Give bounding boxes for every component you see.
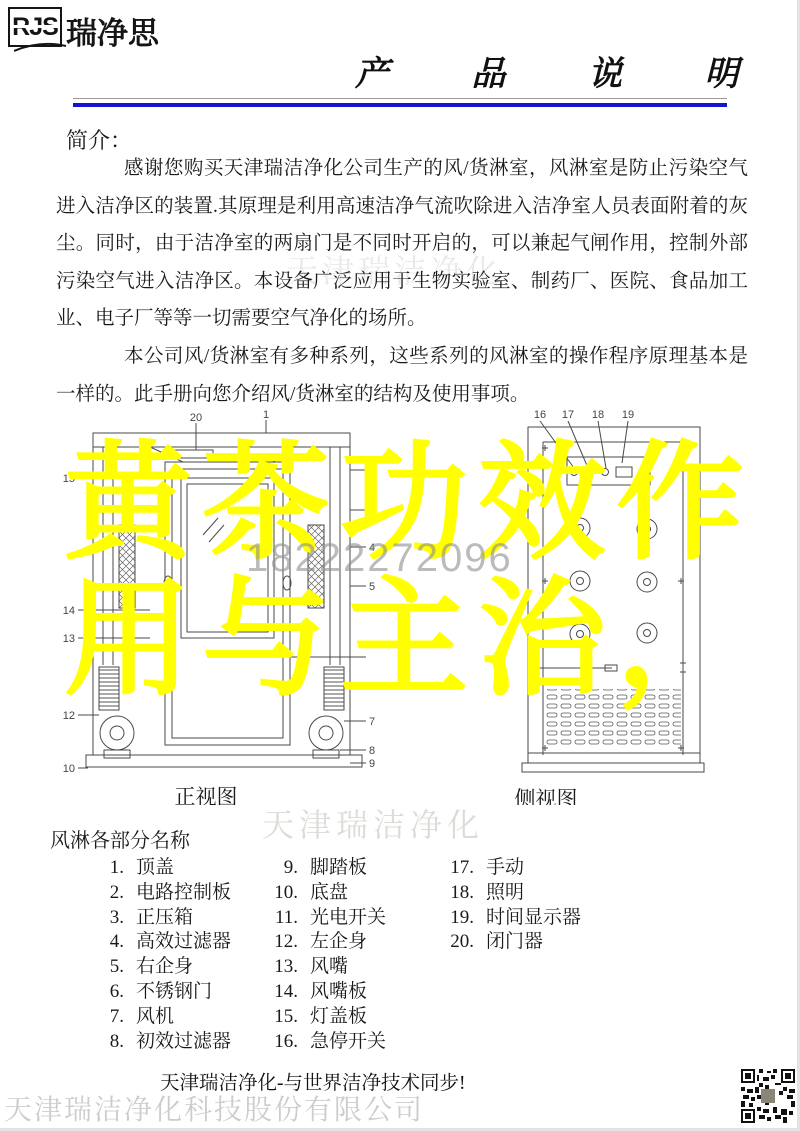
list-item: 10.底盘 [262, 881, 386, 906]
list-item: 16.急停开关 [262, 1030, 386, 1055]
watermark-company-short: 天津瑞洁净化 [262, 800, 484, 846]
list-item: 8.初效过滤器 [88, 1030, 231, 1055]
intro-body: 感谢您购买天津瑞洁净化公司生产的风/货淋室，风淋室是防止污染空气进入洁净区的装置… [56, 150, 748, 413]
parts-list-heading: 风淋各部分名称 [50, 824, 190, 853]
list-item: 19.时间显示器 [438, 906, 581, 931]
manual-page: RJS 瑞净思 产 品 说 明 书 简介： 感谢您购买天津瑞洁净化公司生产的风/… [0, 0, 800, 1131]
logo-stripe [10, 25, 60, 28]
list-item: 11.光电开关 [262, 906, 386, 931]
callout-number: 20 [190, 412, 202, 424]
list-item: 6.不锈钢门 [88, 980, 231, 1005]
list-item: 2.电路控制板 [88, 881, 231, 906]
intro-paragraph-1: 感谢您购买天津瑞洁净化公司生产的风/货淋室，风淋室是防止污染空气进入洁净区的装置… [56, 150, 748, 338]
list-item: 13.风嘴 [262, 955, 386, 980]
logo-swoosh-icon [14, 39, 68, 53]
list-item: 17.手动 [438, 856, 581, 881]
footer-slogan: 天津瑞洁净化-与世界洁净技术同步! [160, 1067, 466, 1095]
parts-list-column-2: 9.脚踏板 10.底盘 11.光电开关 12.左企身 13.风嘴 14.风嘴板 … [262, 856, 386, 1054]
page-title: 产 品 说 明 书 [73, 46, 727, 95]
title-rule-thin [73, 98, 727, 99]
callout-number: 12 [63, 710, 75, 722]
list-item: 20.闭门器 [438, 930, 581, 955]
parts-list-column-1: 1.顶盖 2.电路控制板 3.正压箱 4.高效过滤器 5.右企身 6.不锈钢门 … [88, 856, 231, 1054]
callout-number: 10 [63, 763, 75, 775]
front-view-label: 正视图 [175, 785, 238, 805]
callout-number: 7 [369, 716, 375, 728]
list-item: 12.左企身 [262, 930, 386, 955]
callout-number: 9 [369, 758, 375, 770]
watermark-phone: 18222272096 [246, 536, 513, 581]
list-item: 18.照明 [438, 881, 581, 906]
title-rule-blue [73, 103, 727, 107]
list-item: 14.风嘴板 [262, 980, 386, 1005]
side-view-label: 侧视图 [515, 787, 578, 805]
list-item: 4.高效过滤器 [88, 930, 231, 955]
company-logo: RJS [8, 7, 62, 47]
list-item: 3.正压箱 [88, 906, 231, 931]
list-item: 9.脚踏板 [262, 856, 386, 881]
watermark-yellow-line2: 用与主治， [64, 572, 800, 708]
list-item: 1.顶盖 [88, 856, 231, 881]
list-item: 15.灯盖板 [262, 1005, 386, 1030]
title-block: 产 品 说 明 书 [73, 46, 727, 107]
intro-paragraph-2: 本公司风/货淋室有多种系列，这些系列的风淋室的操作程序原理基本是一样的。此手册向… [56, 338, 748, 413]
list-item: 5.右企身 [88, 955, 231, 980]
list-item: 7.风机 [88, 1005, 231, 1030]
qr-code [739, 1067, 797, 1125]
parts-list-column-3: 17.手动 18.照明 19.时间显示器 20.闭门器 [438, 856, 581, 955]
callout-number: 8 [369, 745, 375, 757]
